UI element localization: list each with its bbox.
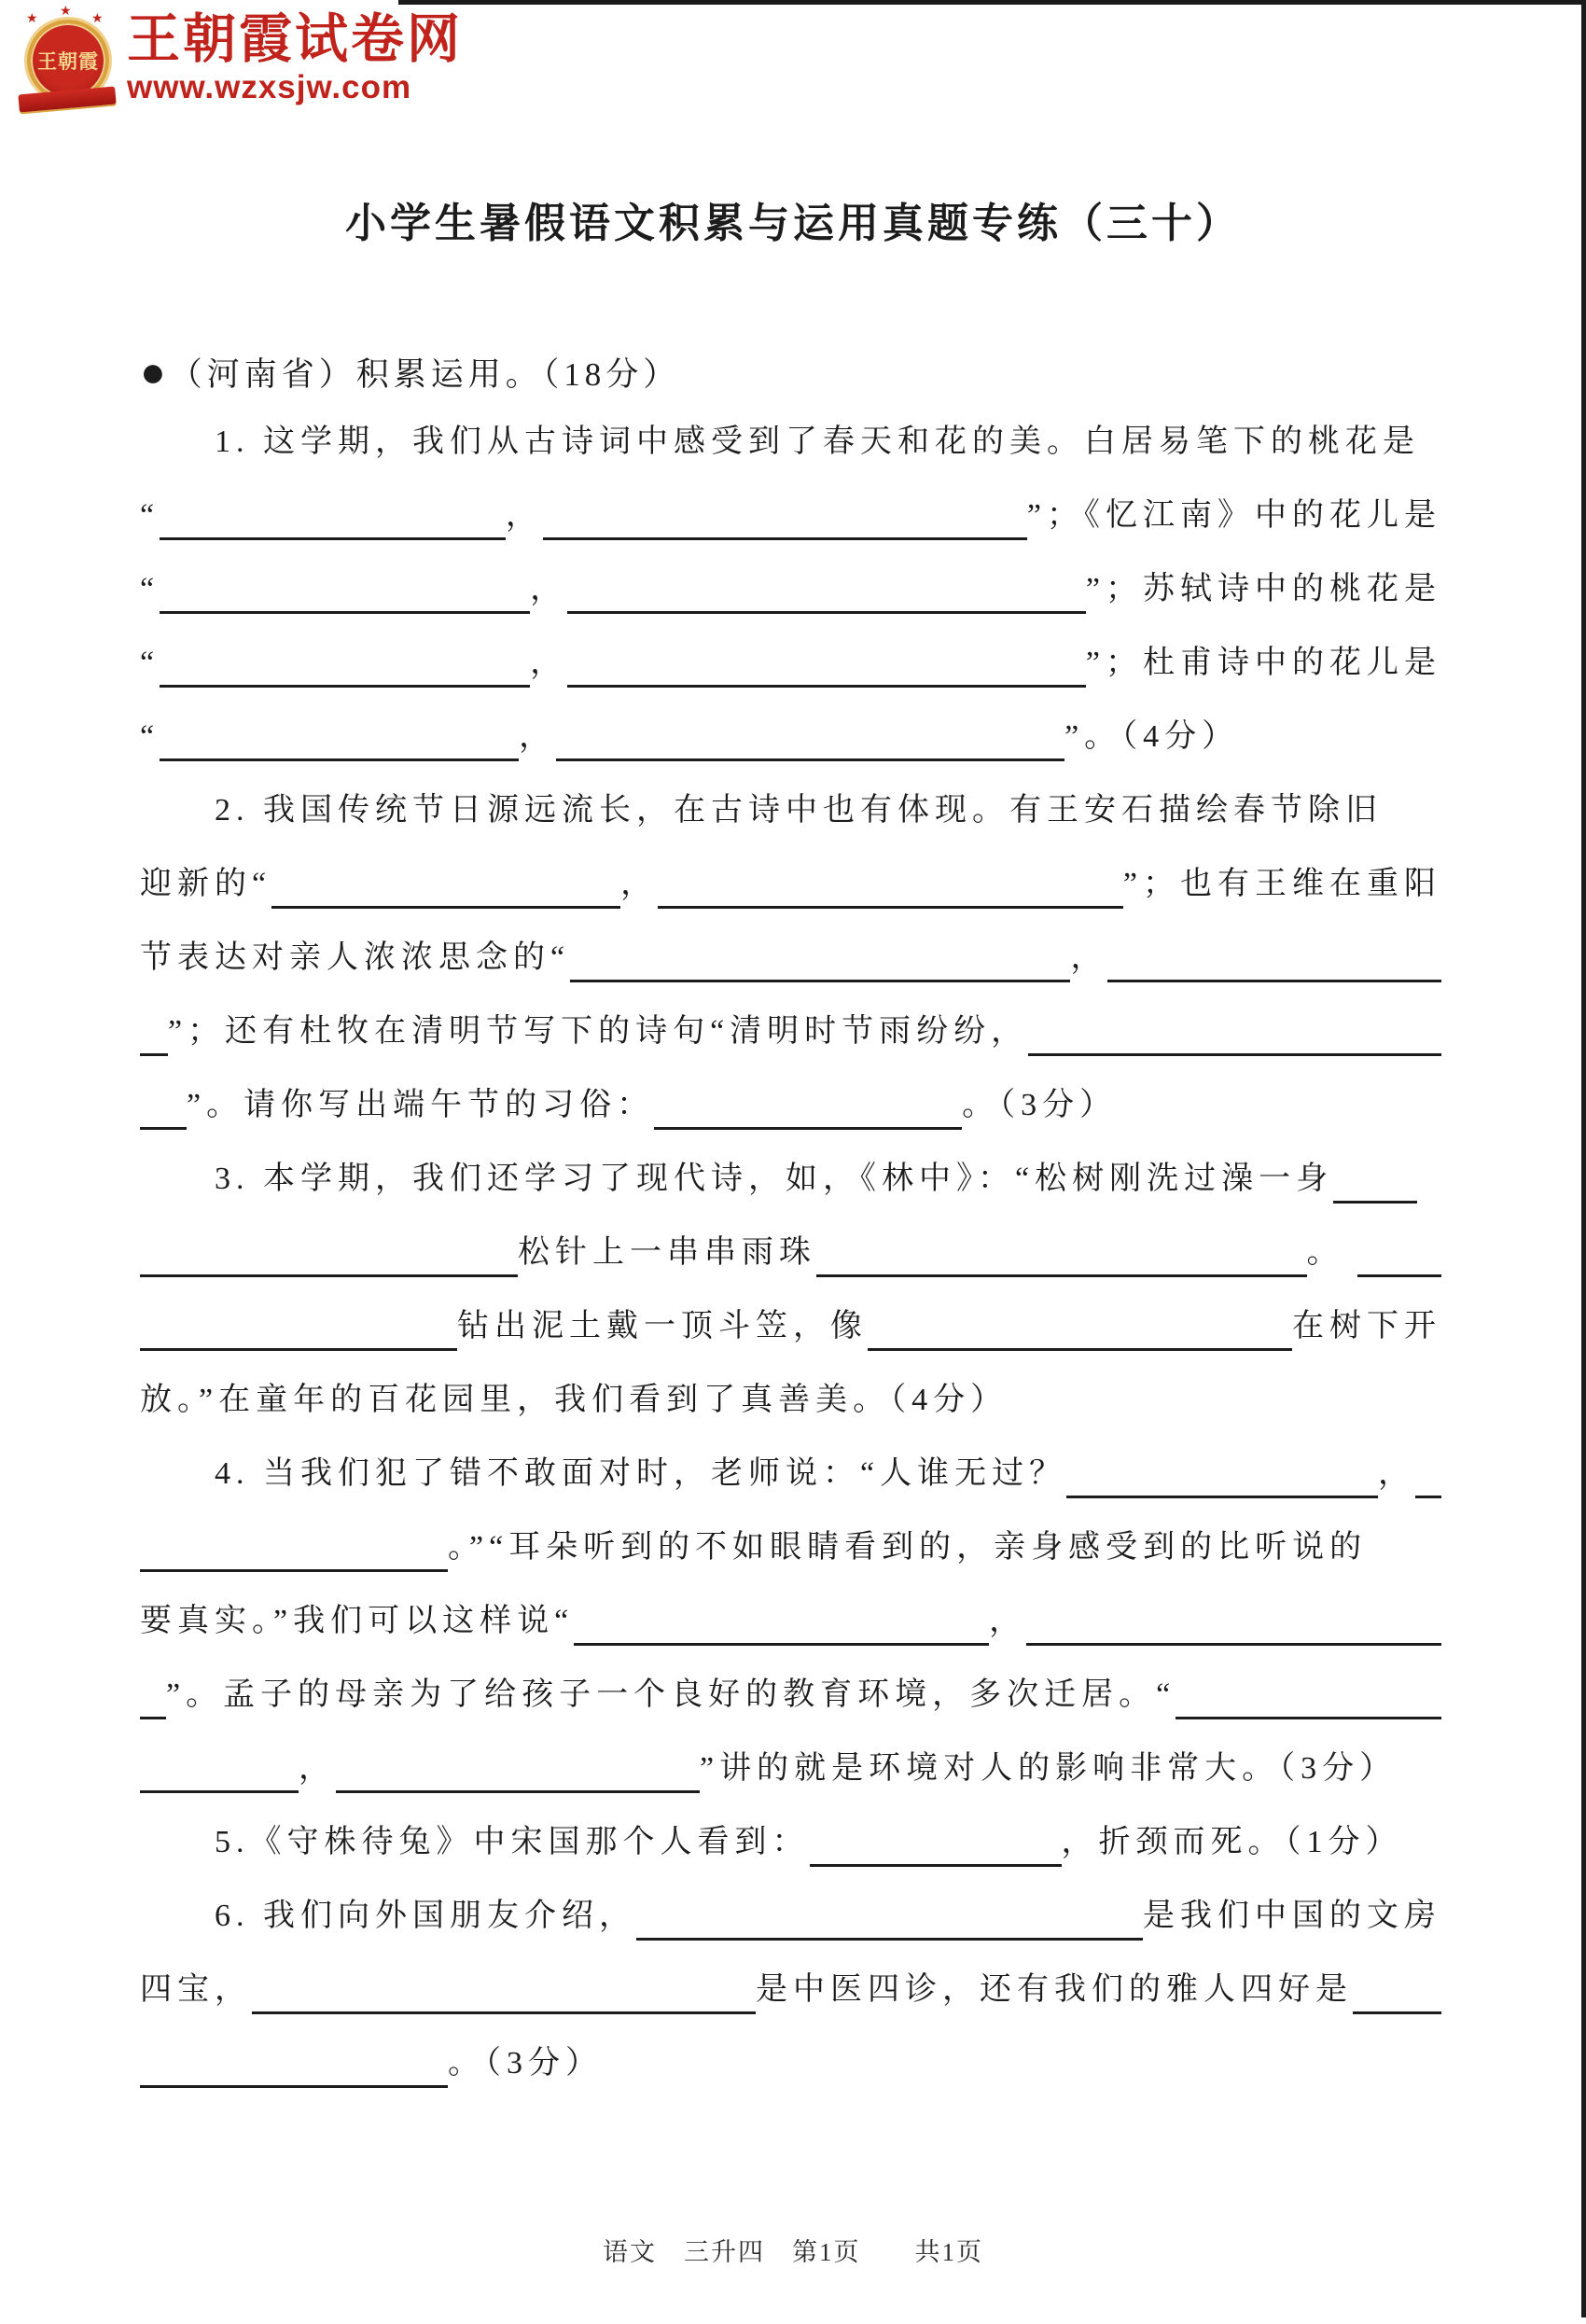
exam-text-line: 。”“耳朵听到的不如眼睛看到的，亲身感受到的比听说的 <box>140 1498 1441 1572</box>
body-text: “ <box>140 572 160 614</box>
body-text: 。 <box>1307 1235 1358 1277</box>
answer-blank-line <box>1028 1053 1441 1056</box>
logo-badge-text: 王朝霞 <box>37 47 99 75</box>
body-text: “ <box>140 719 160 761</box>
answer-blank-line <box>140 2085 448 2088</box>
body-text: 要真实。”我们可以这样说“ <box>140 1604 574 1646</box>
body-text: 松针上一串串雨珠 <box>518 1235 816 1277</box>
answer-blank-line <box>1353 2011 1441 2014</box>
body-text: ， <box>299 1751 336 1793</box>
answer-blank-line <box>140 1569 448 1572</box>
exam-text-line: 节表达对亲人浓浓思念的“， <box>140 909 1441 982</box>
answer-blank-line <box>140 1348 457 1351</box>
question-body: 1. 这学期，我们从古诗词中感受到了春天和花的美。白居易笔下的桃花是“，”；《忆… <box>140 393 1441 2088</box>
body-text: 2. 我国传统节日源远流长，在古诗中也有体现。有王安石描绘春节除旧 <box>215 793 1383 835</box>
exam-text-line: 1. 这学期，我们从古诗词中感受到了春天和花的美。白居易笔下的桃花是 <box>140 393 1441 466</box>
body-text: ”；也有王维在重阳 <box>1123 867 1441 909</box>
exam-text-line: 钻出泥土戴一顶斗笠，像在树下开 <box>140 1277 1441 1351</box>
answer-blank-line <box>868 1348 1292 1351</box>
body-text: ， <box>620 867 658 909</box>
body-text: 。（3分） <box>962 1088 1117 1130</box>
section-header: ● （河南省）积累运用。（18分） <box>140 349 680 396</box>
page-footer: 语文 三升四 第1页 共1页 <box>0 2232 1586 2268</box>
answer-blank-line <box>271 906 620 909</box>
body-text: ， <box>1070 940 1107 982</box>
answer-blank-line <box>1357 1274 1441 1277</box>
body-text: 3. 本学期，我们还学习了现代诗，如，《林中》：“松树刚洗过澡一身 <box>215 1162 1333 1204</box>
body-text: 钻出泥土戴一顶斗笠，像 <box>457 1309 868 1351</box>
exam-text-line: 迎新的“，”；也有王维在重阳 <box>140 835 1441 909</box>
star-icon: ★ <box>91 13 104 26</box>
body-text: 5.《守株待兔》中宋国那个人看到： <box>215 1825 810 1867</box>
answer-blank-line <box>1066 1496 1378 1498</box>
exam-text-line: ”。孟子的母亲为了给孩子一个良好的教育环境，多次迁居。“ <box>140 1646 1441 1719</box>
exam-page: ★ ★ ★ 王朝霞 王朝霞试卷网 www.wzxsjw.com 小学生暑假语文积… <box>0 0 1586 2324</box>
body-text: 在树下开 <box>1292 1309 1441 1351</box>
bullet-icon: ● <box>140 351 166 394</box>
site-name: 王朝霞试卷网 <box>127 13 463 66</box>
logo-ribbon <box>18 87 116 113</box>
body-text: ， <box>530 572 567 614</box>
body-text: ”；苏轼诗中的桃花是 <box>1086 572 1441 614</box>
site-url: www.wzxsjw.com <box>127 71 463 104</box>
answer-blank-line <box>567 611 1086 614</box>
body-text: ”。请你写出端午节的习俗： <box>187 1088 654 1130</box>
body-text: ”；杜甫诗中的花儿是 <box>1086 646 1441 688</box>
body-text: 放。”在童年的百花园里，我们看到了真善美。（4分） <box>140 1383 1008 1425</box>
answer-blank-line <box>1176 1717 1441 1719</box>
answer-blank-line <box>1415 1496 1441 1498</box>
answer-blank-line <box>140 1053 168 1056</box>
answer-blank-line <box>1333 1201 1417 1204</box>
body-text: 是我们中国的文房 <box>1143 1899 1441 1941</box>
answer-blank-line <box>1107 980 1441 982</box>
exam-text-line: “，”；苏轼诗中的桃花是 <box>140 540 1441 614</box>
answer-blank-line <box>140 1127 187 1130</box>
exam-text-line: 4. 当我们犯了错不敢面对时，老师说：“人谁无过？， <box>140 1425 1441 1498</box>
answer-blank-line <box>654 1127 962 1130</box>
answer-blank-line <box>160 758 519 761</box>
exam-text-line: 四宝，是中医四诊，还有我们的雅人四好是 <box>140 1941 1441 2014</box>
exam-text-line: ”；还有杜牧在清明节写下的诗句“清明时节雨纷纷， <box>140 982 1441 1056</box>
answer-blank-line <box>556 758 1064 761</box>
answer-blank-line <box>543 537 1027 540</box>
answer-blank-line <box>567 685 1086 688</box>
exam-text-line: 2. 我国传统节日源远流长，在古诗中也有体现。有王安石描绘春节除旧 <box>140 761 1441 835</box>
body-text: ， <box>506 498 543 540</box>
exam-text-line: ，”讲的就是环境对人的影响非常大。（3分） <box>140 1719 1441 1793</box>
exam-text-line: 5.《守株待兔》中宋国那个人看到：，折颈而死。（1分） <box>140 1793 1441 1867</box>
body-text: 迎新的“ <box>140 867 271 909</box>
body-text: 是中医四诊，还有我们的雅人四好是 <box>756 1972 1353 2014</box>
logo-badge: ★ ★ ★ 王朝霞 <box>24 7 112 110</box>
body-text: ， <box>989 1604 1026 1646</box>
body-text: 。”“耳朵听到的不如眼睛看到的，亲身感受到的比听说的 <box>448 1530 1367 1572</box>
exam-text-line: ”。请你写出端午节的习俗：。（3分） <box>140 1056 1441 1130</box>
answer-blank-line <box>160 611 530 614</box>
exam-text-line: 3. 本学期，我们还学习了现代诗，如，《林中》：“松树刚洗过澡一身 <box>140 1130 1441 1204</box>
answer-blank-line <box>140 1790 299 1793</box>
body-text: ”；《忆江南》中的花儿是 <box>1027 498 1441 540</box>
body-text: 4. 当我们犯了错不敢面对时，老师说：“人谁无过？ <box>215 1456 1066 1498</box>
answer-blank-line <box>810 1864 1062 1867</box>
body-text: ”。（4分） <box>1064 719 1239 761</box>
section-header-text: （河南省）积累运用。（18分） <box>170 349 681 396</box>
star-icon: ★ <box>26 13 38 26</box>
body-text: ”讲的就是环境对人的影响非常大。（3分） <box>700 1751 1397 1793</box>
exam-text-line: “，”。（4分） <box>140 688 1441 761</box>
body-text: “ <box>140 498 160 540</box>
exam-text-line: 要真实。”我们可以这样说“， <box>140 1572 1441 1646</box>
body-text: ，折颈而死。（1分） <box>1062 1825 1403 1867</box>
body-text: 1. 这学期，我们从古诗词中感受到了春天和花的美。白居易笔下的桃花是 <box>215 424 1420 466</box>
logo-text-block: 王朝霞试卷网 www.wzxsjw.com <box>127 7 463 104</box>
answer-blank-line <box>1026 1643 1441 1646</box>
body-text: “ <box>140 646 160 688</box>
body-text: 6. 我们向外国朋友介绍， <box>215 1899 636 1941</box>
scan-artifact-right-line <box>1581 0 1586 2317</box>
exam-text-line: 。（3分） <box>140 2014 1441 2088</box>
body-text: ， <box>519 719 556 761</box>
answer-blank-line <box>336 1790 700 1793</box>
scan-artifact-top-line <box>398 0 1586 5</box>
answer-blank-line <box>140 1274 518 1277</box>
answer-blank-line <box>160 685 530 688</box>
site-logo: ★ ★ ★ 王朝霞 王朝霞试卷网 www.wzxsjw.com <box>24 7 463 110</box>
body-text: ， <box>530 646 567 688</box>
body-text: 。（3分） <box>448 2046 603 2088</box>
answer-blank-line <box>160 537 506 540</box>
exam-text-line: 松针上一串串雨珠。 <box>140 1204 1441 1277</box>
body-text: ， <box>1378 1456 1415 1498</box>
body-text: 节表达对亲人浓浓思念的“ <box>140 940 570 982</box>
exam-text-line: 6. 我们向外国朋友介绍，是我们中国的文房 <box>140 1867 1441 1941</box>
exam-text-line: “，”；《忆江南》中的花儿是 <box>140 466 1441 540</box>
exam-text-line: 放。”在童年的百花园里，我们看到了真善美。（4分） <box>140 1351 1441 1425</box>
body-text: 四宝， <box>140 1972 252 2014</box>
answer-blank-line <box>570 980 1070 982</box>
body-text: ”；还有杜牧在清明节写下的诗句“清明时节雨纷纷， <box>168 1014 1028 1056</box>
answer-blank-line <box>140 1717 166 1719</box>
answer-blank-line <box>816 1274 1307 1277</box>
answer-blank-line <box>574 1643 989 1646</box>
page-title: 小学生暑假语文积累与运用真题专练（三十） <box>0 189 1586 249</box>
star-icon: ★ <box>60 6 72 19</box>
answer-blank-line <box>252 2011 756 2014</box>
answer-blank-line <box>636 1938 1143 1941</box>
exam-text-line: “，”；杜甫诗中的花儿是 <box>140 614 1441 688</box>
answer-blank-line <box>658 906 1123 909</box>
body-text: ”。孟子的母亲为了给孩子一个良好的教育环境，多次迁居。“ <box>166 1677 1176 1719</box>
